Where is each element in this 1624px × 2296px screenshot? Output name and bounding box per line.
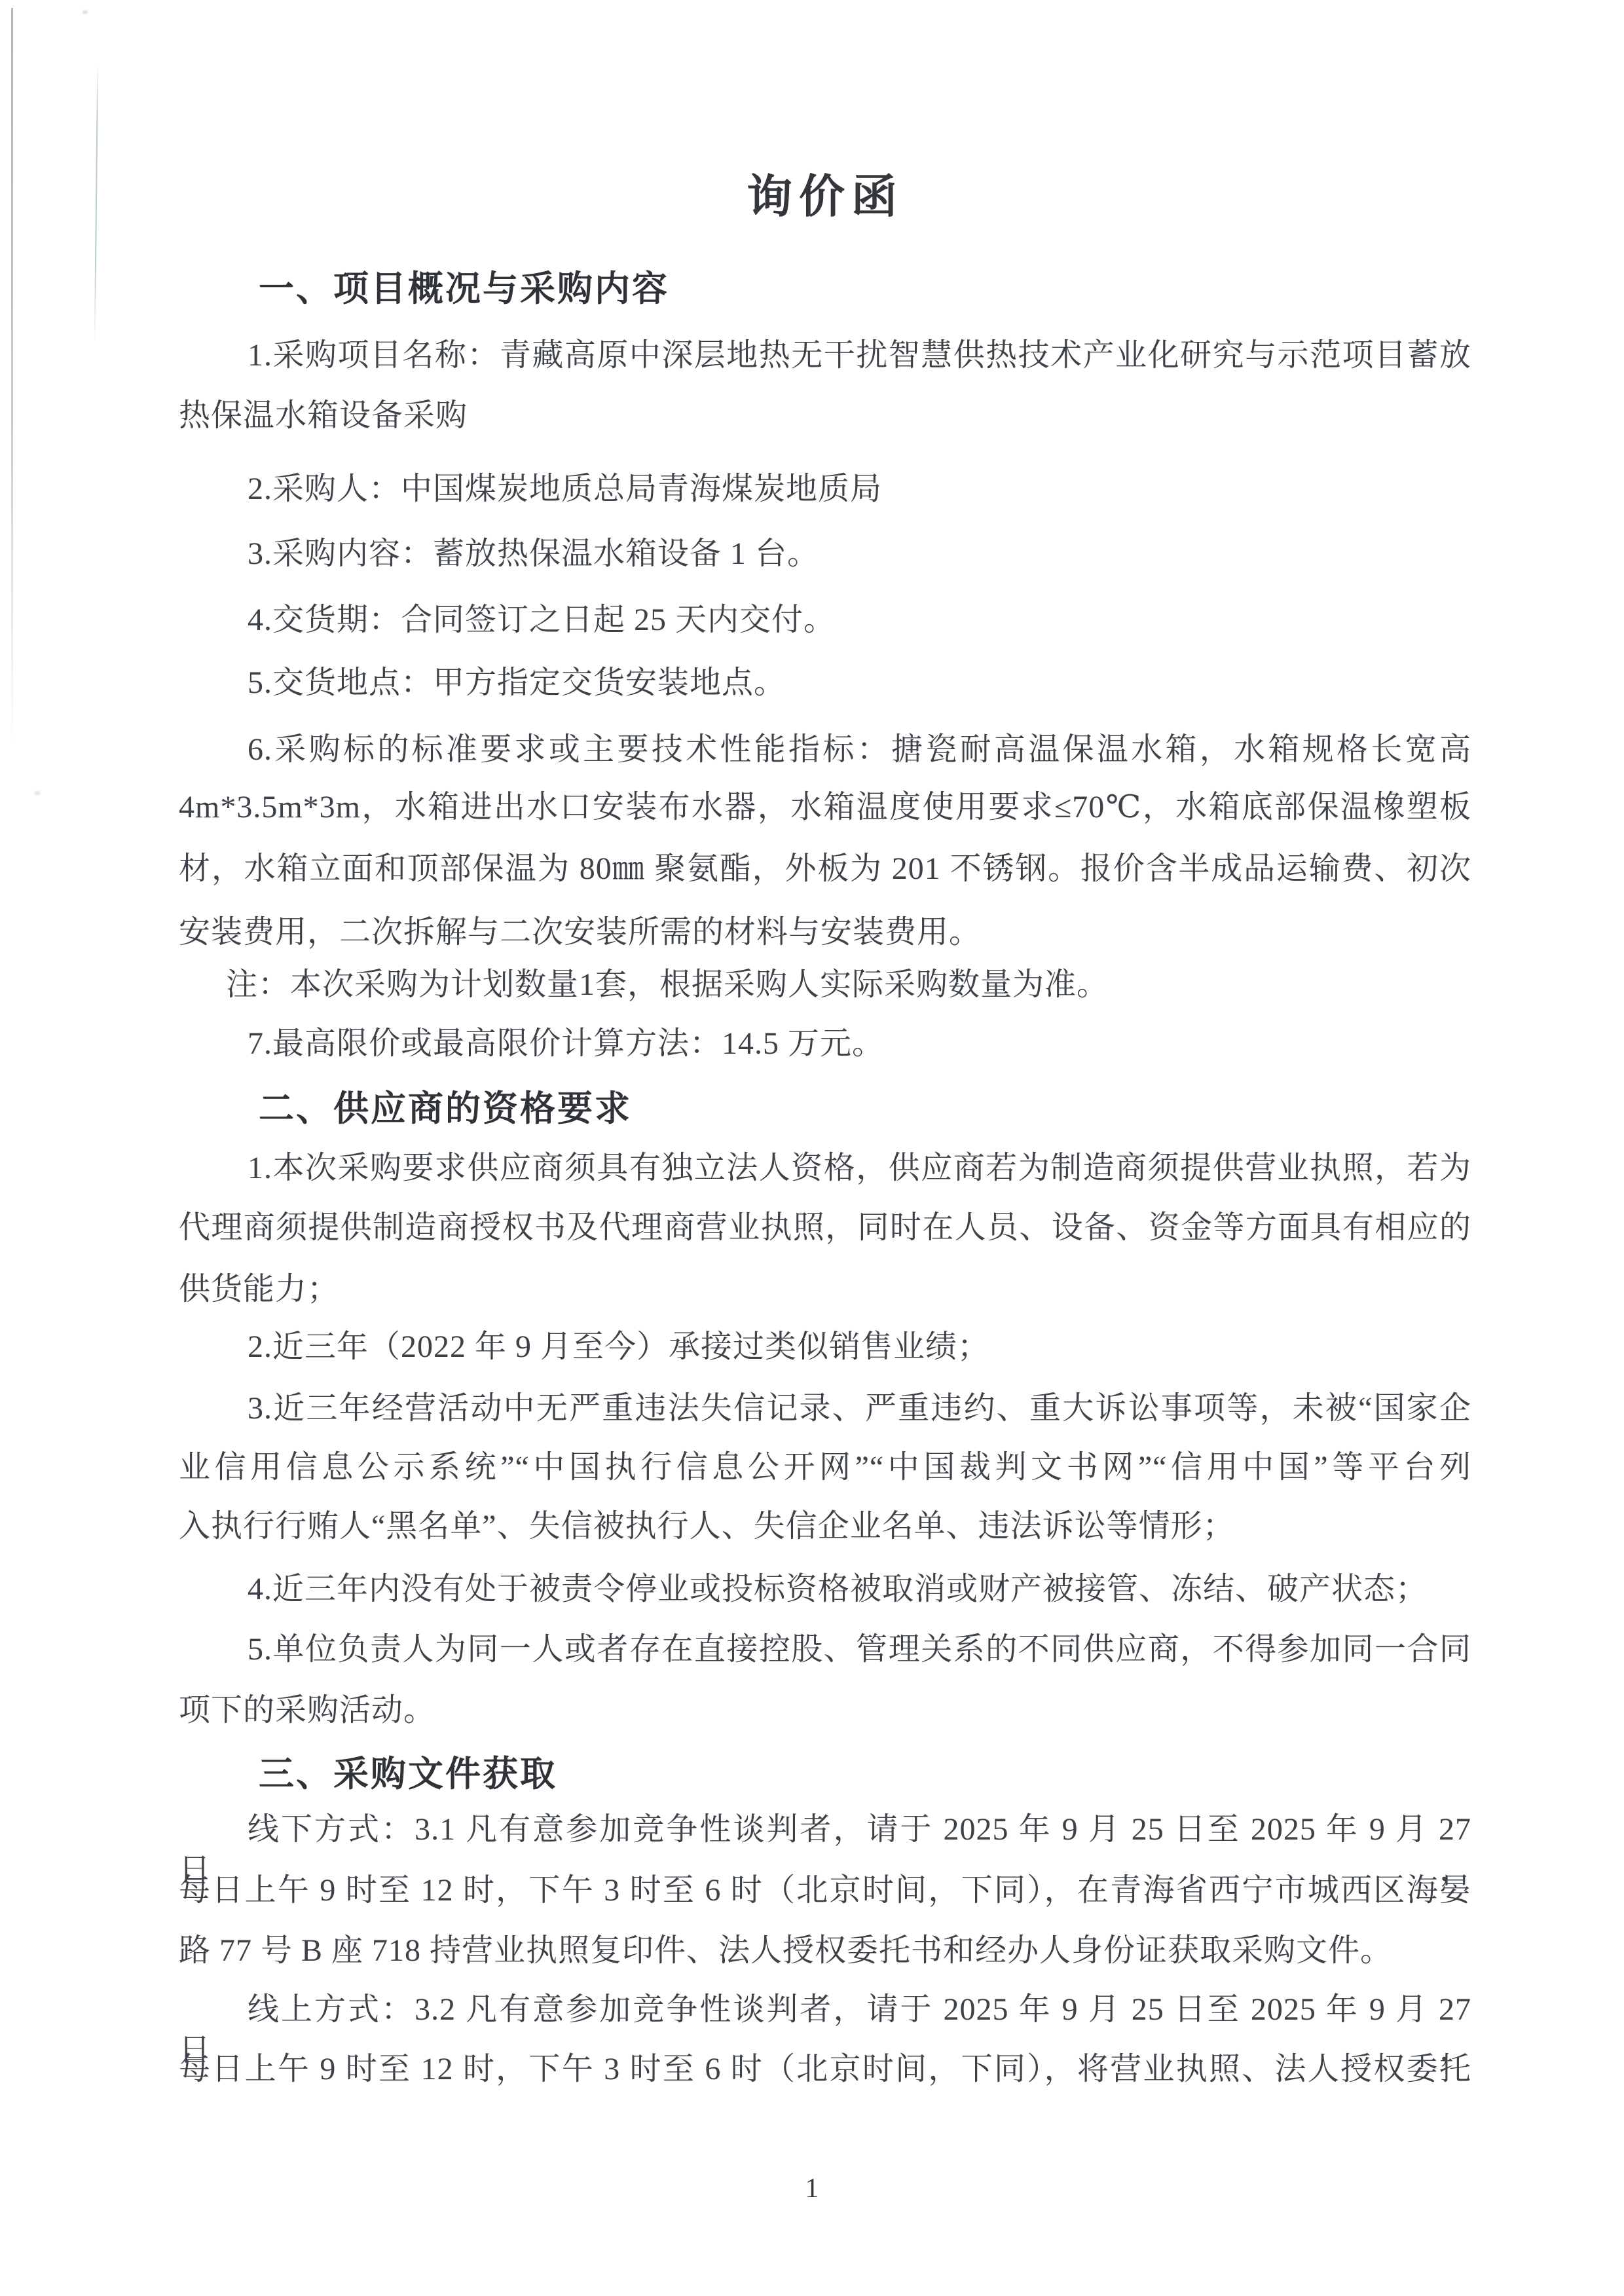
- online-method-line2: 每日上午 9 时至 12 时，下午 3 时至 6 时（北京时间，下同），将营业执…: [179, 2049, 1471, 2090]
- scan-artifact-speck: [34, 791, 41, 795]
- item-technical-spec-line1: 6.采购标的标准要求或主要技术性能指标：搪瓷耐高温保温水箱，水箱规格长宽高: [179, 730, 1471, 770]
- qualification-5-line1: 5.单位负责人为同一人或者存在直接控股、管理关系的不同供应商，不得参加同一合同: [179, 1629, 1471, 1670]
- item-max-price: 7.最高限价或最高限价计算方法：14.5 万元。: [179, 1024, 1471, 1064]
- note-planned-quantity: 注：本次采购为计划数量1套，根据采购人实际采购数量为准。: [179, 965, 1471, 1005]
- qualification-1-line1: 1.本次采购要求供应商须具有独立法人资格，供应商若为制造商须提供营业执照，若为: [179, 1148, 1471, 1189]
- qualification-3-line1: 3.近三年经营活动中无严重违法失信记录、严重违约、重大诉讼事项等，未被“国家企: [179, 1388, 1471, 1429]
- section-heading-2: 二、供应商的资格要求: [179, 1081, 1471, 1131]
- page-number: 1: [0, 2173, 1624, 2204]
- qualification-1-line3: 供货能力；: [179, 1269, 1471, 1310]
- offline-method-line3: 路 77 号 B 座 718 持营业执照复印件、法人授权委托书和经办人身份证获取…: [179, 1931, 1471, 1971]
- paragraph-project-name-line2: 热保温水箱设备采购: [179, 396, 1471, 436]
- item-purchase-content: 3.采购内容：蓄放热保温水箱设备 1 台。: [179, 534, 1471, 574]
- qualification-3-line3: 入执行行贿人“黑名单”、失信被执行人、失信企业名单、违法诉讼等情形；: [179, 1506, 1471, 1547]
- offline-method-line2: 每日上午 9 时至 12 时，下午 3 时至 6 时（北京时间，下同），在青海省…: [179, 1870, 1471, 1911]
- qualification-3-line2: 业信用信息公示系统”“中国执行信息公开网”“中国裁判文书网”“信用中国”等平台列: [179, 1447, 1471, 1488]
- section-heading-1: 一、项目概况与采购内容: [179, 261, 1471, 311]
- item-purchaser: 2.采购人：中国煤炭地质总局青海煤炭地质局: [179, 469, 1471, 509]
- scan-artifact-speck: [83, 10, 88, 14]
- qualification-1-line2: 代理商须提供制造商授权书及代理商营业执照，同时在人员、设备、资金等方面具有相应的: [179, 1208, 1471, 1248]
- item-technical-spec-line3: 材，水箱立面和顶部保温为 80㎜ 聚氨酯，外板为 201 不锈钢。报价含半成品运…: [179, 849, 1471, 889]
- qualification-4: 4.近三年内没有处于被责令停业或投标资格被取消或财产被接管、冻结、破产状态；: [179, 1569, 1471, 1610]
- scan-artifact-blue-line: [94, 62, 99, 344]
- item-delivery-place: 5.交货地点：甲方指定交货安装地点。: [179, 663, 1471, 703]
- item-delivery-period: 4.交货期：合同签订之日起 25 天内交付。: [179, 600, 1471, 640]
- item-technical-spec-line2: 4m*3.5m*3m，水箱进出水口安装布水器，水箱温度使用要求≤70℃，水箱底部…: [179, 787, 1471, 828]
- document-title: 询价函: [179, 160, 1471, 226]
- scanned-document-page: 询价函 一、项目概况与采购内容 1.采购项目名称：青藏高原中深层地热无干扰智慧供…: [0, 0, 1624, 2296]
- item-technical-spec-line4: 安装费用，二次拆解与二次安装所需的材料与安装费用。: [179, 912, 1471, 953]
- qualification-2: 2.近三年（2022 年 9 月至今）承接过类似销售业绩；: [179, 1327, 1471, 1367]
- qualification-5-line2: 项下的采购活动。: [179, 1690, 1471, 1731]
- section-heading-3: 三、采购文件获取: [179, 1746, 1471, 1796]
- scan-artifact-vertical-line: [11, 8, 13, 748]
- paragraph-project-name-line1: 1.采购项目名称：青藏高原中深层地热无干扰智慧供热技术产业化研究与示范项目蓄放: [179, 335, 1471, 376]
